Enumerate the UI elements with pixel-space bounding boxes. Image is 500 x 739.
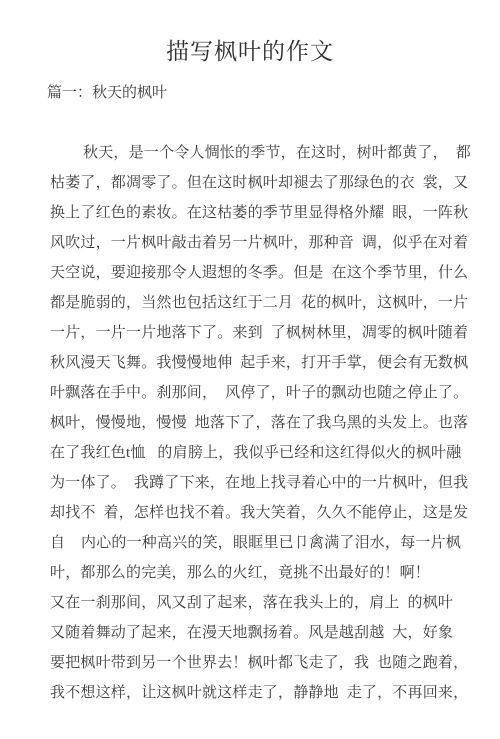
text-line: 枫叶，慢慢地，慢慢 地落下了，落在了我乌黑的头发上。也落 bbox=[50, 408, 450, 438]
essay-body: 秋天，是一个令人惆怅的季节，在这时，树叶都黄了， 都 枯萎了，都凋零了。但在这时… bbox=[50, 138, 450, 708]
document-page: 描写枫叶的作文 篇一：秋天的枫叶 秋天，是一个令人惆怅的季节，在这时，树叶都黄了… bbox=[0, 0, 500, 739]
text-line: 为一体了。 我蹲了下来，在地上找寻着心中的一片枫叶，但我 bbox=[50, 468, 450, 498]
text-line: 却找不 着，怎样也找不着。我大笑着，久久不能停止，这是发 bbox=[50, 498, 450, 528]
text-line: 又随着舞动了起来，在漫天地飘扬着。风是越刮越 大，好象 bbox=[50, 618, 450, 648]
text-line: 换上了红色的素妆。在这枯萎的季节里显得格外耀 眼，一阵秋 bbox=[50, 198, 450, 228]
text-line: 自 内心的一种高兴的笑，眼眶里已卩禽满了泪水，每一片枫 bbox=[50, 528, 450, 558]
section-heading: 篇一：秋天的枫叶 bbox=[47, 82, 500, 104]
text-line: 叶，都那么的完美，那么的火红，竟挑不出最好的！啊！ bbox=[50, 558, 450, 588]
document-title: 描写枫叶的作文 bbox=[0, 0, 500, 68]
text-line: 要把枫叶带到另一个世界去！枫叶都飞走了，我 也随之跑着， bbox=[50, 648, 450, 678]
text-line: 天空说，要迎接那令人遐想的冬季。但是 在这个季节里，什么 bbox=[50, 258, 450, 288]
text-line: 秋天，是一个令人惆怅的季节，在这时，树叶都黄了， 都 bbox=[50, 138, 450, 168]
text-line: 我不想这样，让这枫叶就这样走了，静静地 走了，不再回来， bbox=[50, 678, 450, 708]
text-line: 在了我红色t恤 的肩膀上，我似乎已经和这红得似火的枫叶融 bbox=[50, 438, 450, 468]
text-line: 一片，一片一片地落下了。来到 了枫树林里，凋零的枫叶随着 bbox=[50, 318, 450, 348]
text-line: 都是脆弱的，当然也包括这红于二月 花的枫叶，这枫叶，一片 bbox=[50, 288, 450, 318]
text-line: 秋风漫天飞舞。我慢慢地伸 起手来，打开手掌，便会有无数枫 bbox=[50, 348, 450, 378]
text-line: 又在一刹那间，风又刮了起来，落在我头上的，肩上 的枫叶 bbox=[50, 588, 450, 618]
text-line: 枯萎了，都凋零了。但在这时枫叶却褪去了那绿色的衣 裳，又 bbox=[50, 168, 450, 198]
text-line: 风吹过，一片枫叶敲击着另一片枫叶，那种音 调，似乎在对着 bbox=[50, 228, 450, 258]
text-line: 叶飘落在手中。刹那间， 风停了，叶子的飘动也随之停止了。 bbox=[50, 378, 450, 408]
